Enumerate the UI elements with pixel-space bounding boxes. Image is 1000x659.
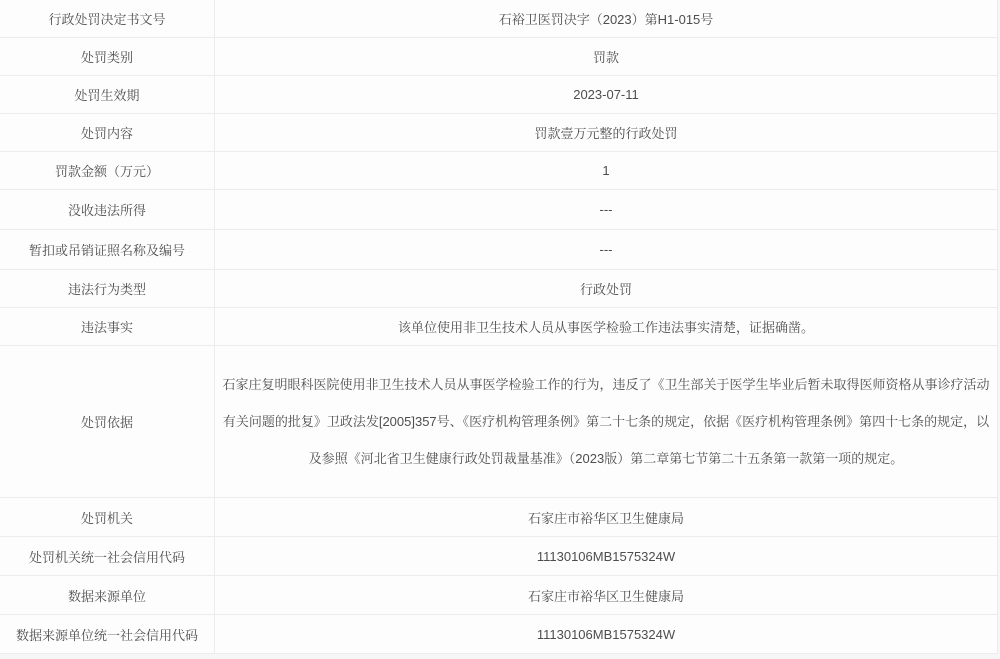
row-value: 该单位使用非卫生技术人员从事医学检验工作违法事实清楚，证据确凿。	[215, 308, 997, 345]
row-label: 违法行为类型	[0, 270, 215, 307]
row-label: 违法事实	[0, 308, 215, 345]
row-value: 石家庄复明眼科医院使用非卫生技术人员从事医学检验工作的行为，违反了《卫生部关于医…	[215, 346, 997, 497]
row-label: 数据来源单位	[0, 576, 215, 614]
row-label: 处罚内容	[0, 114, 215, 151]
table-row: 没收违法所得---	[0, 190, 997, 230]
page-background-strip	[0, 654, 1000, 659]
row-label: 处罚依据	[0, 346, 215, 497]
row-value: ---	[215, 190, 997, 229]
table-row: 处罚内容罚款壹万元整的行政处罚	[0, 114, 997, 152]
table-row: 处罚生效期2023-07-11	[0, 76, 997, 114]
table-row: 行政处罚决定书文号石裕卫医罚决字（2023）第H1-015号	[0, 0, 997, 38]
row-value: 11130106MB1575324W	[215, 537, 997, 575]
table-row: 处罚机关统一社会信用代码11130106MB1575324W	[0, 537, 997, 576]
row-label: 处罚类别	[0, 38, 215, 75]
row-label: 处罚生效期	[0, 76, 215, 113]
row-label: 数据来源单位统一社会信用代码	[0, 615, 215, 653]
row-label: 行政处罚决定书文号	[0, 0, 215, 37]
row-value: 罚款壹万元整的行政处罚	[215, 114, 997, 151]
row-label: 暂扣或吊销证照名称及编号	[0, 230, 215, 269]
table-row: 处罚类别罚款	[0, 38, 997, 76]
row-value: 石家庄市裕华区卫生健康局	[215, 576, 997, 614]
table-row: 处罚依据石家庄复明眼科医院使用非卫生技术人员从事医学检验工作的行为，违反了《卫生…	[0, 346, 997, 498]
row-value: 罚款	[215, 38, 997, 75]
row-value: 石家庄市裕华区卫生健康局	[215, 498, 997, 536]
row-label: 处罚机关	[0, 498, 215, 536]
row-label: 处罚机关统一社会信用代码	[0, 537, 215, 575]
table-row: 违法事实该单位使用非卫生技术人员从事医学检验工作违法事实清楚，证据确凿。	[0, 308, 997, 346]
row-value: 11130106MB1575324W	[215, 615, 997, 653]
table-row: 处罚机关石家庄市裕华区卫生健康局	[0, 498, 997, 537]
row-value: ---	[215, 230, 997, 269]
table-row: 数据来源单位统一社会信用代码11130106MB1575324W	[0, 615, 997, 654]
row-value: 行政处罚	[215, 270, 997, 307]
administrative-penalty-table: 行政处罚决定书文号石裕卫医罚决字（2023）第H1-015号处罚类别罚款处罚生效…	[0, 0, 998, 654]
row-label: 没收违法所得	[0, 190, 215, 229]
table-row: 暂扣或吊销证照名称及编号---	[0, 230, 997, 270]
table-row: 违法行为类型行政处罚	[0, 270, 997, 308]
row-value: 1	[215, 152, 997, 189]
row-value: 2023-07-11	[215, 76, 997, 113]
table-row: 数据来源单位石家庄市裕华区卫生健康局	[0, 576, 997, 615]
table-row: 罚款金额（万元）1	[0, 152, 997, 190]
row-value: 石裕卫医罚决字（2023）第H1-015号	[215, 0, 997, 37]
row-label: 罚款金额（万元）	[0, 152, 215, 189]
